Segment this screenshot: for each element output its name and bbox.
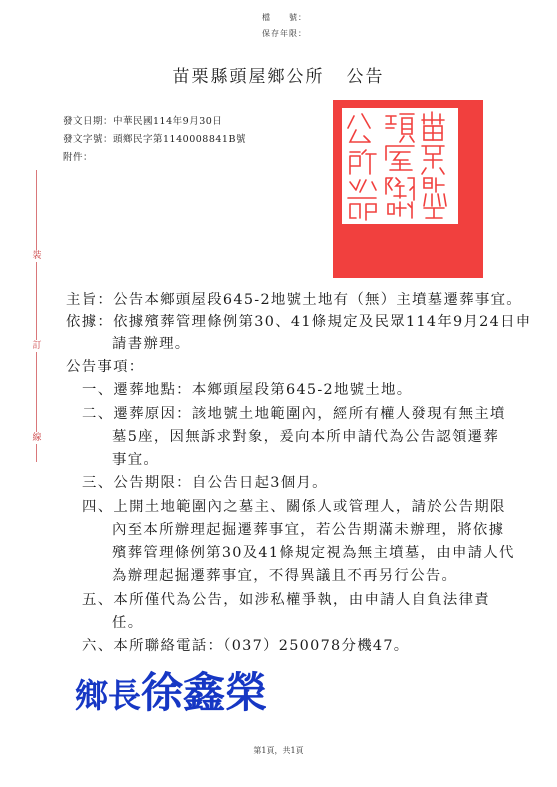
subject-text: 公告本鄉頭屋段645-2地號土地有（無）主墳墓遷葬事宜。 xyxy=(113,292,522,308)
basis-text-1: 依據殯葬管理條例第30、41條規定及民眾114年9月24日申 xyxy=(113,314,531,330)
announcement-item-4: 四、上開土地範圍內之墓主、關係人或管理人，請於公告期限 xyxy=(82,495,506,516)
issue-date-label: 發文日期： xyxy=(63,116,113,127)
announcement-item-5-cont-1: 任。 xyxy=(112,611,143,632)
item-text: 公告期限：自公告日起3個月。 xyxy=(113,475,327,491)
document-number-label: 發文字號： xyxy=(63,134,113,145)
item-text: 遷葬地點：本鄉頭屋段第645-2地號土地。 xyxy=(113,382,412,398)
attachment-label: 附件： xyxy=(63,149,93,163)
item-number: 六、 xyxy=(82,638,113,654)
mayor-signature: 鄉長徐鑫榮 xyxy=(75,660,267,720)
item-number: 一、 xyxy=(82,382,113,398)
binding-mark-xian: 線 xyxy=(30,432,44,444)
document-number: 發文字號：頭鄉民字第1140008841B號 xyxy=(63,131,246,145)
official-seal-stamp xyxy=(333,100,483,278)
announcement-item-6: 六、本所聯絡電話：（037）250078分機47。 xyxy=(82,634,410,655)
binding-mark-zhuang: 裝 xyxy=(30,250,44,262)
announcement-items-heading: 公告事項： xyxy=(66,355,144,376)
item-number: 三、 xyxy=(82,475,113,491)
basis-line-1: 依據：依據殯葬管理條例第30、41條規定及民眾114年9月24日申 xyxy=(66,310,531,331)
subject-line: 主旨：公告本鄉頭屋段645-2地號土地有（無）主墳墓遷葬事宜。 xyxy=(66,288,522,309)
announcement-item-2: 二、遷葬原因：該地號土地範圍內，經所有權人發現有無主墳 xyxy=(82,402,506,423)
announcement-item-3: 三、公告期限：自公告日起3個月。 xyxy=(82,471,328,492)
basis-line-2: 請書辦理。 xyxy=(112,332,190,353)
binding-mark-ding: 訂 xyxy=(30,340,44,352)
page-title: 苗栗縣頭屋鄉公所公告 xyxy=(0,62,557,87)
item-text: 本所僅代為公告，如涉私權爭執，由申請人自負法律責 xyxy=(113,592,490,608)
item-number: 四、 xyxy=(82,499,113,515)
announcement-item-4-cont-1: 內至本所辦理起掘遷葬事宜，若公告期滿未辦理，將依據 xyxy=(112,518,504,539)
title-organization: 苗栗縣頭屋鄉公所 xyxy=(173,67,325,87)
file-number-label: 檔 號： xyxy=(262,12,307,23)
item-number: 五、 xyxy=(82,592,113,608)
signature-title: 鄉長 xyxy=(75,676,141,715)
item-text: 上開土地範圍內之墓主、關係人或管理人，請於公告期限 xyxy=(113,499,505,515)
seal-script-icon xyxy=(342,108,458,224)
seal-inner-field xyxy=(342,108,458,224)
issue-date-value: 中華民國114年9月30日 xyxy=(113,116,222,127)
item-number: 二、 xyxy=(82,406,113,422)
announcement-item-2-cont-1: 墓5座，因無訴求對象，爰向本所申請代為公告認領遷葬 xyxy=(112,425,499,446)
announcement-item-2-cont-2: 事宜。 xyxy=(112,448,159,469)
announcement-item-4-cont-3: 為辦理起掘遷葬事宜，不得異議且不再另行公告。 xyxy=(112,564,457,585)
title-document-type: 公告 xyxy=(347,67,385,87)
announcement-item-5: 五、本所僅代為公告，如涉私權爭執，由申請人自負法律責 xyxy=(82,588,490,609)
basis-label: 依據： xyxy=(66,314,113,330)
binding-line xyxy=(36,170,37,462)
document-number-value: 頭鄉民字第1140008841B號 xyxy=(113,134,246,145)
retention-period-label: 保存年限： xyxy=(262,28,307,39)
announcement-item-1: 一、遷葬地點：本鄉頭屋段第645-2地號土地。 xyxy=(82,378,412,399)
page-number: 第1頁，共1頁 xyxy=(0,745,557,756)
announcement-item-4-cont-2: 殯葬管理條例第30及41條規定視為無主墳墓，由申請人代 xyxy=(112,541,515,562)
item-text: 本所聯絡電話：（037）250078分機47。 xyxy=(113,638,409,654)
issue-date: 發文日期：中華民國114年9月30日 xyxy=(63,113,222,127)
signature-name: 徐鑫榮 xyxy=(141,668,267,717)
item-text: 遷葬原因：該地號土地範圍內，經所有權人發現有無主墳 xyxy=(113,406,505,422)
subject-label: 主旨： xyxy=(66,292,113,308)
